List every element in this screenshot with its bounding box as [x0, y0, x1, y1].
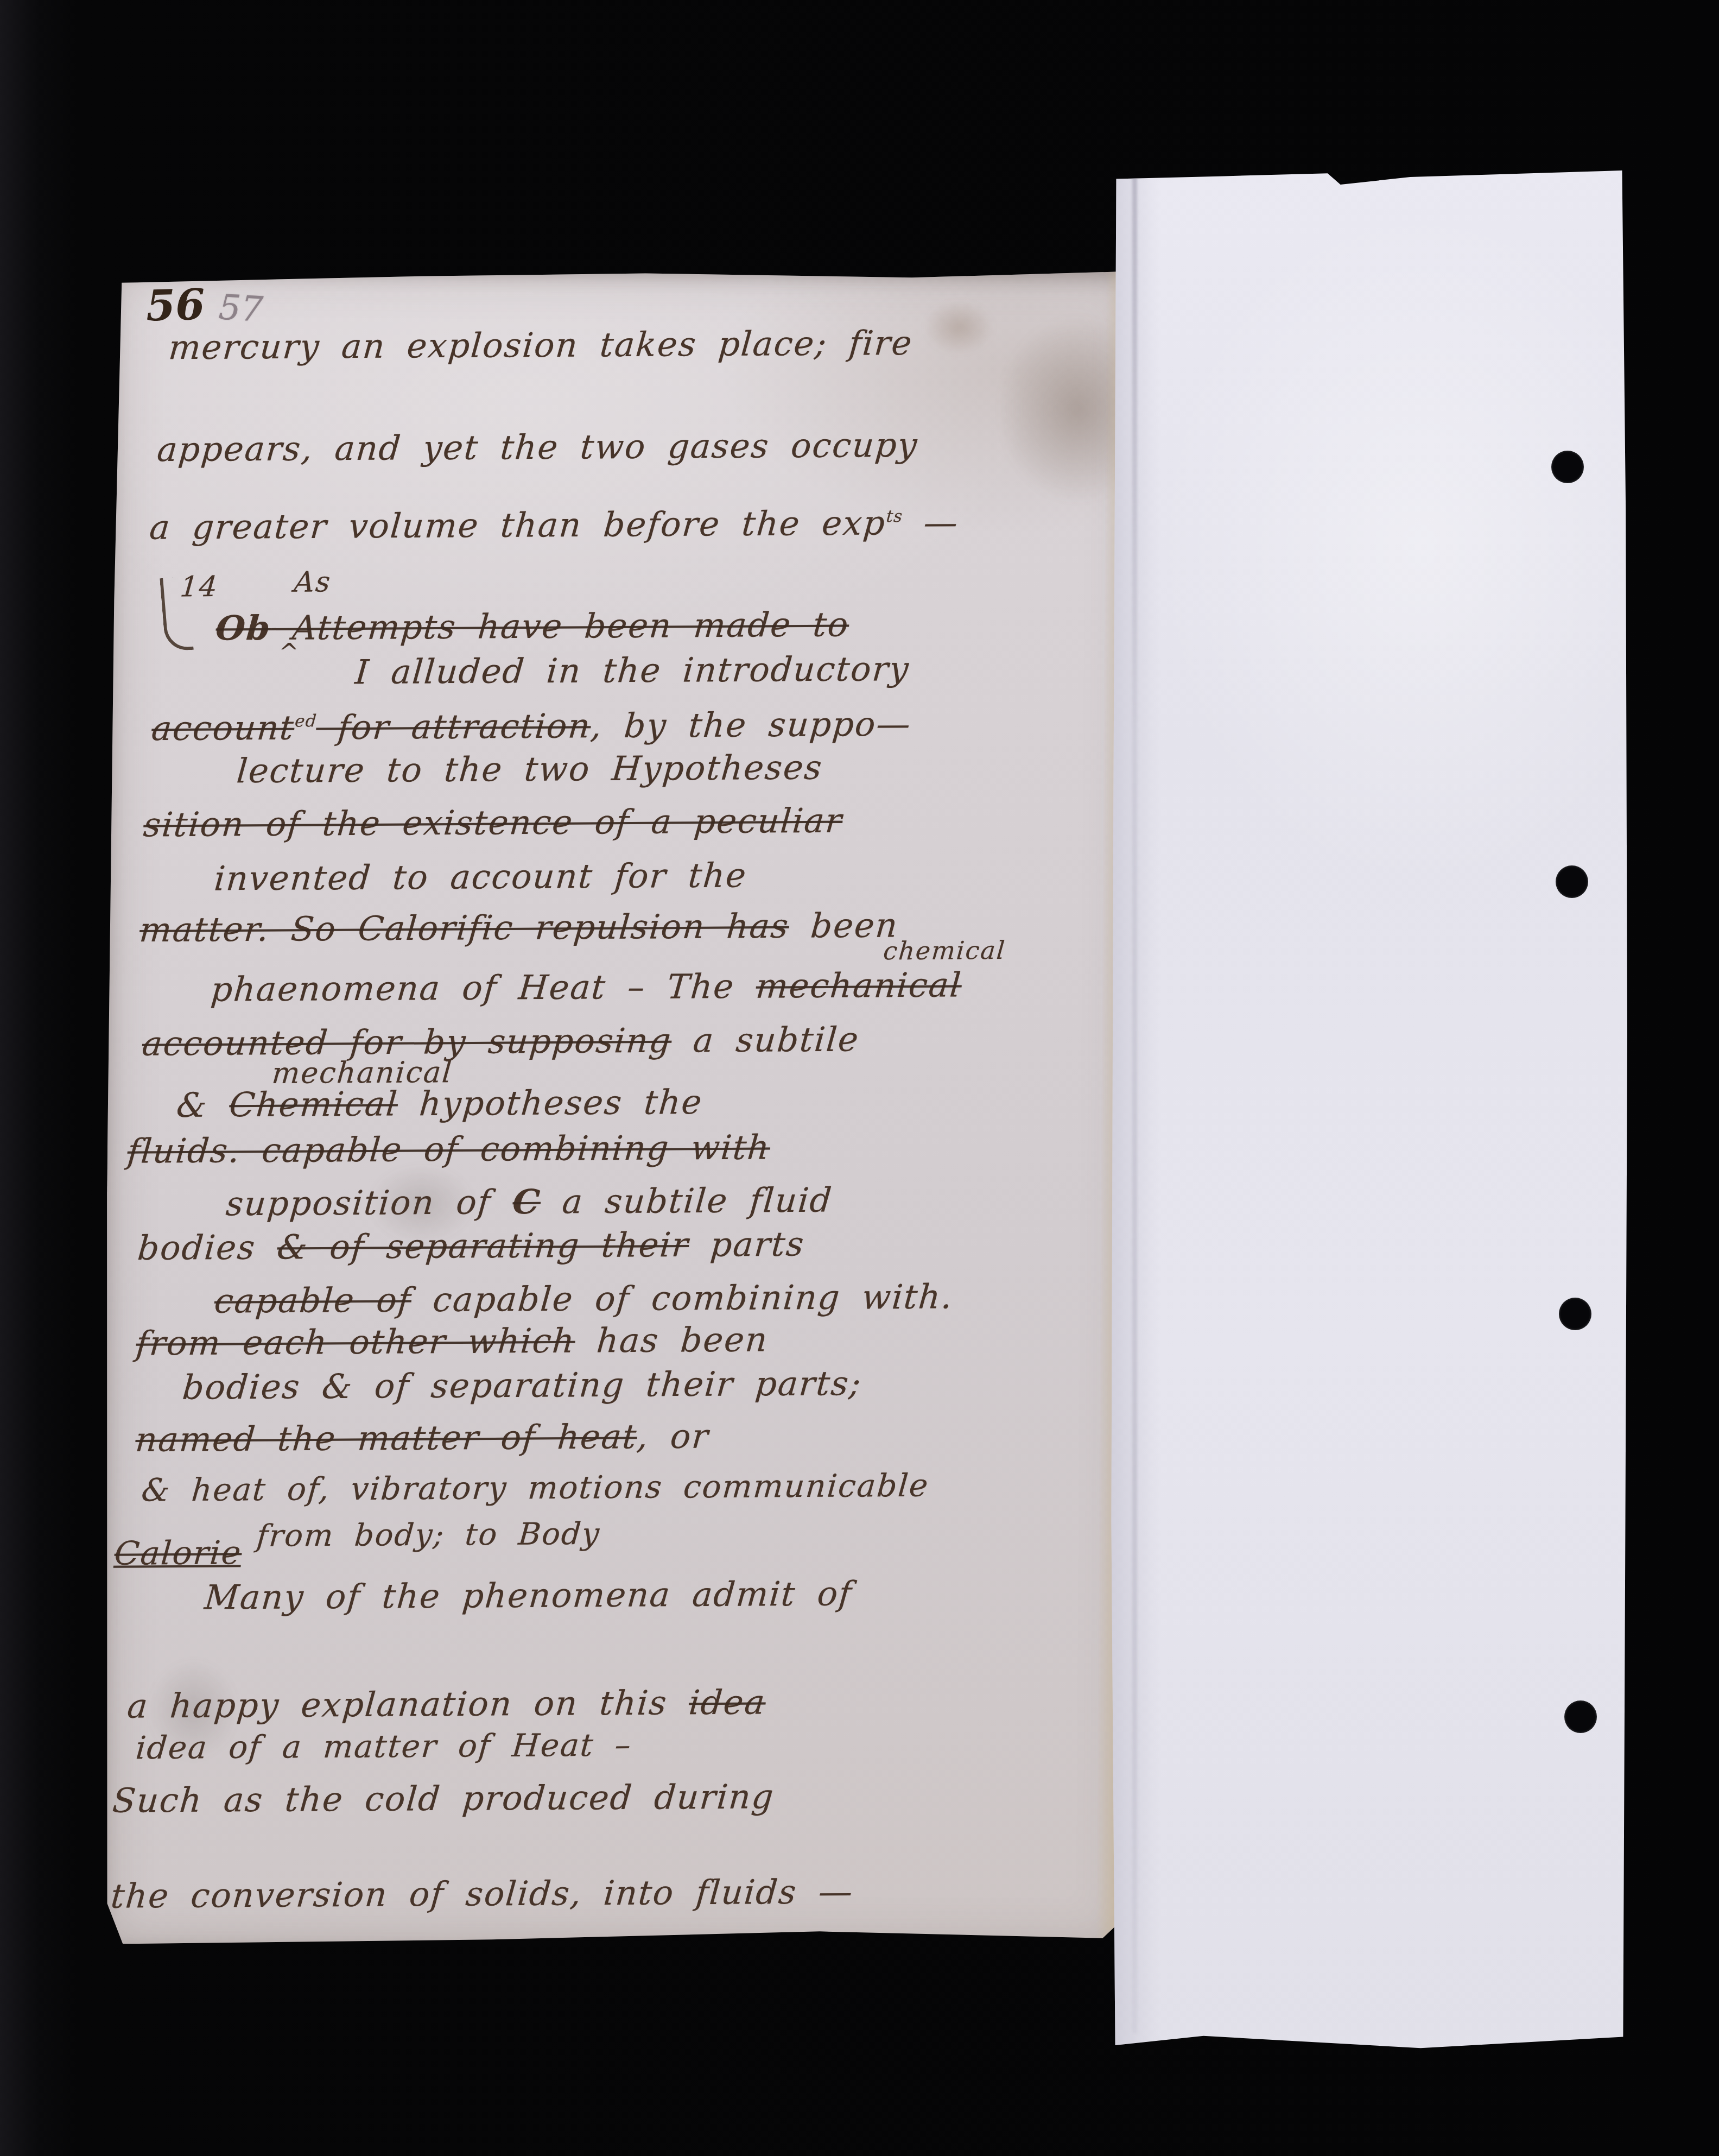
handwritten-text-segment: lecture to the two Hypotheses: [235, 748, 824, 791]
handwritten-text-segment: , or: [636, 1417, 711, 1457]
paper-stain: [923, 300, 994, 355]
manuscript-line-l11: sition of the existence of a peculiar: [142, 804, 844, 842]
page-number-pencil: 57: [218, 287, 264, 330]
struck-text-segment: Chemical: [228, 1084, 399, 1124]
manuscript-line-l22: capable of capable of combining with.: [213, 1280, 955, 1318]
struck-text-segment: Calorie: [113, 1534, 243, 1572]
manuscript-line-l10: lecture to the two Hypotheses: [236, 751, 824, 788]
page-number-ink: 56: [145, 280, 206, 331]
manuscript-line-l07: ^: [277, 641, 300, 665]
handwritten-text-segment: hypotheses the: [396, 1082, 704, 1123]
handwritten-text-layer: mercury an explosion takes place; fireap…: [112, 265, 1137, 271]
handwritten-text-segment: appears, and yet the two gases occupy: [156, 425, 919, 470]
manuscript-line-l01: mercury an explosion takes place; fire: [167, 326, 914, 364]
handwritten-text-segment: supposition of: [224, 1182, 514, 1223]
struck-text-segment: from each other which: [135, 1321, 577, 1363]
photograph-background: 56 57 mercury an explosion takes place; …: [0, 0, 1719, 2156]
manuscript-line-l33: the conversion of solids, into fluids —: [110, 1875, 855, 1913]
handwritten-text-segment: idea of a matter of Heat –: [135, 1727, 633, 1767]
handwritten-text-segment: 14: [179, 571, 219, 603]
handwritten-text-segment: Such as the cold produced during: [111, 1776, 776, 1820]
handwritten-text-segment: & heat of, vibratory motions communicabl…: [140, 1467, 930, 1509]
manuscript-line-l15: phaenomena of Heat – The mechanical: [210, 968, 963, 1006]
punch-hole-1: [1551, 451, 1584, 483]
struck-text-segment: account: [150, 708, 296, 749]
manuscript-line-l21: bodies & of separating their parts: [136, 1228, 806, 1265]
struck-text-segment: Ob: [214, 608, 272, 648]
struck-text-segment: fluids. capable of combining with: [126, 1127, 772, 1171]
handwritten-text-segment: &: [175, 1085, 231, 1125]
manuscript-line-l16: accounted for by supposing a subtile: [141, 1023, 861, 1061]
manuscript-line-l14: chemical: [883, 938, 1007, 963]
handwritten-text-segment: a greater volume than before the exp: [148, 503, 887, 547]
manuscript-line-l02: appears, and yet the two gases occupy: [156, 428, 919, 467]
struck-text-segment: capable of: [213, 1280, 413, 1321]
manuscript-line-l31: idea of a matter of Heat –: [135, 1729, 633, 1764]
manuscript-line-l18: & Chemical hypotheses the: [175, 1085, 704, 1122]
manuscript-line-l19: fluids. capable of combining with: [126, 1130, 771, 1168]
handwritten-text-segment: ts: [885, 507, 903, 526]
handwritten-text-segment: has been: [574, 1320, 770, 1361]
struck-text-segment: & of separating their: [276, 1225, 690, 1267]
punch-hole-3: [1559, 1298, 1591, 1330]
paper-strip-overlay: [1111, 170, 1627, 2049]
manuscript-line-l06: Ob Attempts have been made to: [214, 608, 851, 645]
handwritten-text-segment: mercury an explosion takes place; fire: [167, 323, 915, 367]
manuscript-line-l20: supposition of C a subtile fluid: [225, 1184, 834, 1221]
handwritten-text-segment: , by the suppo—: [589, 704, 913, 746]
handwritten-text-segment: bodies: [136, 1228, 279, 1268]
manuscript-line-l12: invented to account for the: [213, 858, 749, 895]
handwritten-text-segment: bodies & of separating their parts;: [181, 1363, 863, 1407]
struck-text-segment: named the matter of heat: [134, 1417, 639, 1459]
handwritten-text-segment: the conversion of solids, into fluids —: [110, 1872, 855, 1915]
handwritten-text-segment: I alluded in the introductory: [353, 649, 911, 692]
struck-text-segment: sition of the existence of a peculiar: [142, 801, 845, 845]
manuscript-line-l25: named the matter of heat, or: [134, 1420, 711, 1457]
manuscript-line-l29: Many of the phenomena admit of: [203, 1577, 853, 1614]
struck-text-segment: C: [511, 1182, 542, 1222]
punch-hole-4: [1564, 1700, 1597, 1733]
manuscript-line-l05: As: [293, 568, 333, 596]
handwritten-text-segment: a happy explanation on this: [126, 1683, 691, 1725]
handwritten-text-segment: ^: [277, 638, 301, 666]
handwritten-text-segment: capable of combining with.: [410, 1276, 955, 1319]
manuscript-line-l30: a happy explanation on this idea: [126, 1686, 767, 1723]
handwritten-text-segment: chemical: [882, 935, 1006, 965]
struck-text-segment: idea: [687, 1683, 767, 1723]
handwritten-text-segment: a subtile: [670, 1020, 861, 1060]
handwritten-text-segment: phaenomena of Heat – The: [210, 966, 758, 1009]
handwritten-text-segment: As: [293, 566, 332, 598]
manuscript-line-l03: a greater volume than before the expts —: [148, 506, 960, 545]
manuscript-line-l24: bodies & of separating their parts;: [181, 1367, 863, 1405]
manuscript-line-l09: accounted for attraction, by the suppo—: [150, 707, 912, 745]
handwritten-text-segment: been: [788, 906, 900, 946]
struck-text-segment: for attraction: [315, 706, 593, 747]
manuscript-line-l32: Such as the cold produced during: [111, 1780, 776, 1817]
manuscript-line-l13: matter. So Calorific repulsion has been: [138, 909, 900, 947]
manuscript-line-l23: from each other which has been: [135, 1323, 770, 1361]
manuscript-line-l28: Calorie: [113, 1537, 243, 1570]
struck-text-segment: matter. So Calorific repulsion has: [138, 906, 791, 950]
manuscript-line-l04: 14: [179, 573, 219, 601]
manuscript-line-l27: from body; to Body: [256, 1519, 601, 1552]
handwritten-text-segment: Many of the phenomena admit of: [203, 1573, 854, 1617]
manuscript-line-l08: I alluded in the introductory: [354, 652, 911, 689]
manuscript-line-l26: & heat of, vibratory motions communicabl…: [141, 1470, 930, 1506]
handwritten-text-segment: ed: [294, 711, 318, 731]
crease-line: [1132, 174, 1137, 2033]
handwritten-text-segment: from body; to Body: [255, 1516, 601, 1554]
handwritten-text-segment: invented to account for the: [213, 855, 749, 898]
manuscript-page: 56 57 mercury an explosion takes place; …: [103, 265, 1138, 1950]
handwritten-text-segment: a subtile fluid: [539, 1180, 834, 1222]
struck-text-segment: Attempts have been made to: [269, 604, 851, 647]
handwritten-text-segment: parts: [687, 1224, 806, 1264]
struck-text-segment: mechanical: [754, 965, 963, 1006]
handwritten-text-segment: —: [900, 503, 960, 543]
punch-hole-2: [1556, 865, 1588, 898]
